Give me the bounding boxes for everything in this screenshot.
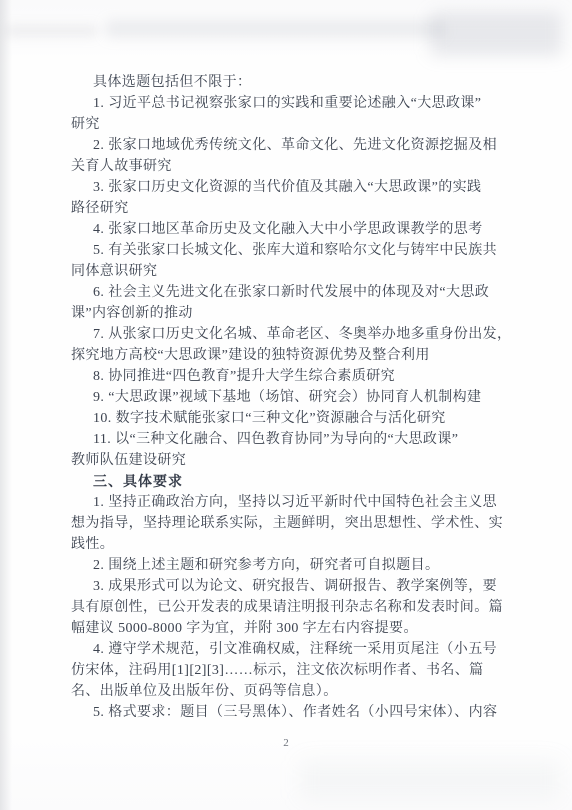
document-body: 具体选题包括但不限于：1. 习近平总书记视察张家口的实践和重要论述融入“大思政课… — [71, 72, 511, 723]
text-line: 10. 数字技术赋能张家口“三种文化”资源融合与活化研究 — [71, 408, 511, 429]
text-line: 同体意识研究 — [71, 261, 511, 282]
text-line: 课”内容创新的推动 — [71, 303, 511, 324]
scan-smudge — [105, 20, 445, 38]
text-line: 8. 协同推进“四色教育”提升大学生综合素质研究 — [71, 366, 511, 387]
scan-smudge — [6, 24, 98, 38]
document-page: 具体选题包括但不限于：1. 习近平总书记视察张家口的实践和重要论述融入“大思政课… — [0, 0, 572, 810]
text-line: 2. 围绕上述主题和研究参考方向，研究者可自拟题目。 — [71, 555, 511, 576]
text-line: 关育人故事研究 — [71, 156, 511, 177]
text-line: 4. 遵守学术规范，引文准确权威，注释统一采用页尾注（小五号 — [71, 639, 511, 660]
text-line: 想为指导，坚持理论联系实际，主题鲜明，突出思想性、学术性、实 — [71, 513, 511, 534]
text-line: 仿宋体，注码用[1][2][3]……标示，注文依次标明作者、书名、篇 — [71, 660, 511, 681]
scan-smudge — [430, 12, 562, 56]
text-line: 7. 从张家口历史文化名城、革命老区、冬奥举办地多重身份出发， — [71, 324, 511, 345]
text-line: 4. 张家口地区革命历史及文化融入大中小学思政课教学的思考 — [71, 219, 511, 240]
text-line: 3. 成果形式可以为论文、研究报告、调研报告、教学案例等，要 — [71, 576, 511, 597]
text-line: 5. 格式要求：题目（三号黑体）、作者姓名（小四号宋体）、内容 — [71, 702, 511, 723]
text-line: 5. 有关张家口长城文化、张库大道和察哈尔文化与铸牢中民族共 — [71, 240, 511, 261]
text-line: 研究 — [71, 114, 511, 135]
text-line: 具有原创性，已公开发表的成果请注明报刊杂志名称和发表时间。篇 — [71, 597, 511, 618]
text-line: 三、具体要求 — [71, 471, 511, 492]
text-line: 6. 社会主义先进文化在张家口新时代发展中的体现及对“大思政 — [71, 282, 511, 303]
text-line: 3. 张家口历史文化资源的当代价值及其融入“大思政课”的实践 — [71, 177, 511, 198]
page-number: 2 — [0, 737, 572, 749]
text-line: 2. 张家口地域优秀传统文化、革命文化、先进文化资源挖掘及相 — [71, 135, 511, 156]
text-line: 名、出版单位及出版年份、页码等信息）。 — [71, 681, 511, 702]
text-line: 9. “大思政课”视域下基地（场馆、研究会）协同育人机制构建 — [71, 387, 511, 408]
text-line: 探究地方高校“大思政课”建设的独特资源优势及整合利用 — [71, 345, 511, 366]
scan-smudge — [300, 760, 560, 800]
text-line: 11. 以“三种文化融合、四色教育协同”为导向的“大思政课” — [71, 429, 511, 450]
text-line: 1. 坚持正确政治方向，坚持以习近平新时代中国特色社会主义思 — [71, 492, 511, 513]
text-line: 路径研究 — [71, 198, 511, 219]
text-line: 践性。 — [71, 534, 511, 555]
text-line: 具体选题包括但不限于： — [71, 72, 511, 93]
scan-edge-shadow — [0, 0, 12, 810]
text-line: 教师队伍建设研究 — [71, 450, 511, 471]
text-line: 1. 习近平总书记视察张家口的实践和重要论述融入“大思政课” — [71, 93, 511, 114]
text-line: 幅建议 5000-8000 字为宜，并附 300 字左右内容提要。 — [71, 618, 511, 639]
